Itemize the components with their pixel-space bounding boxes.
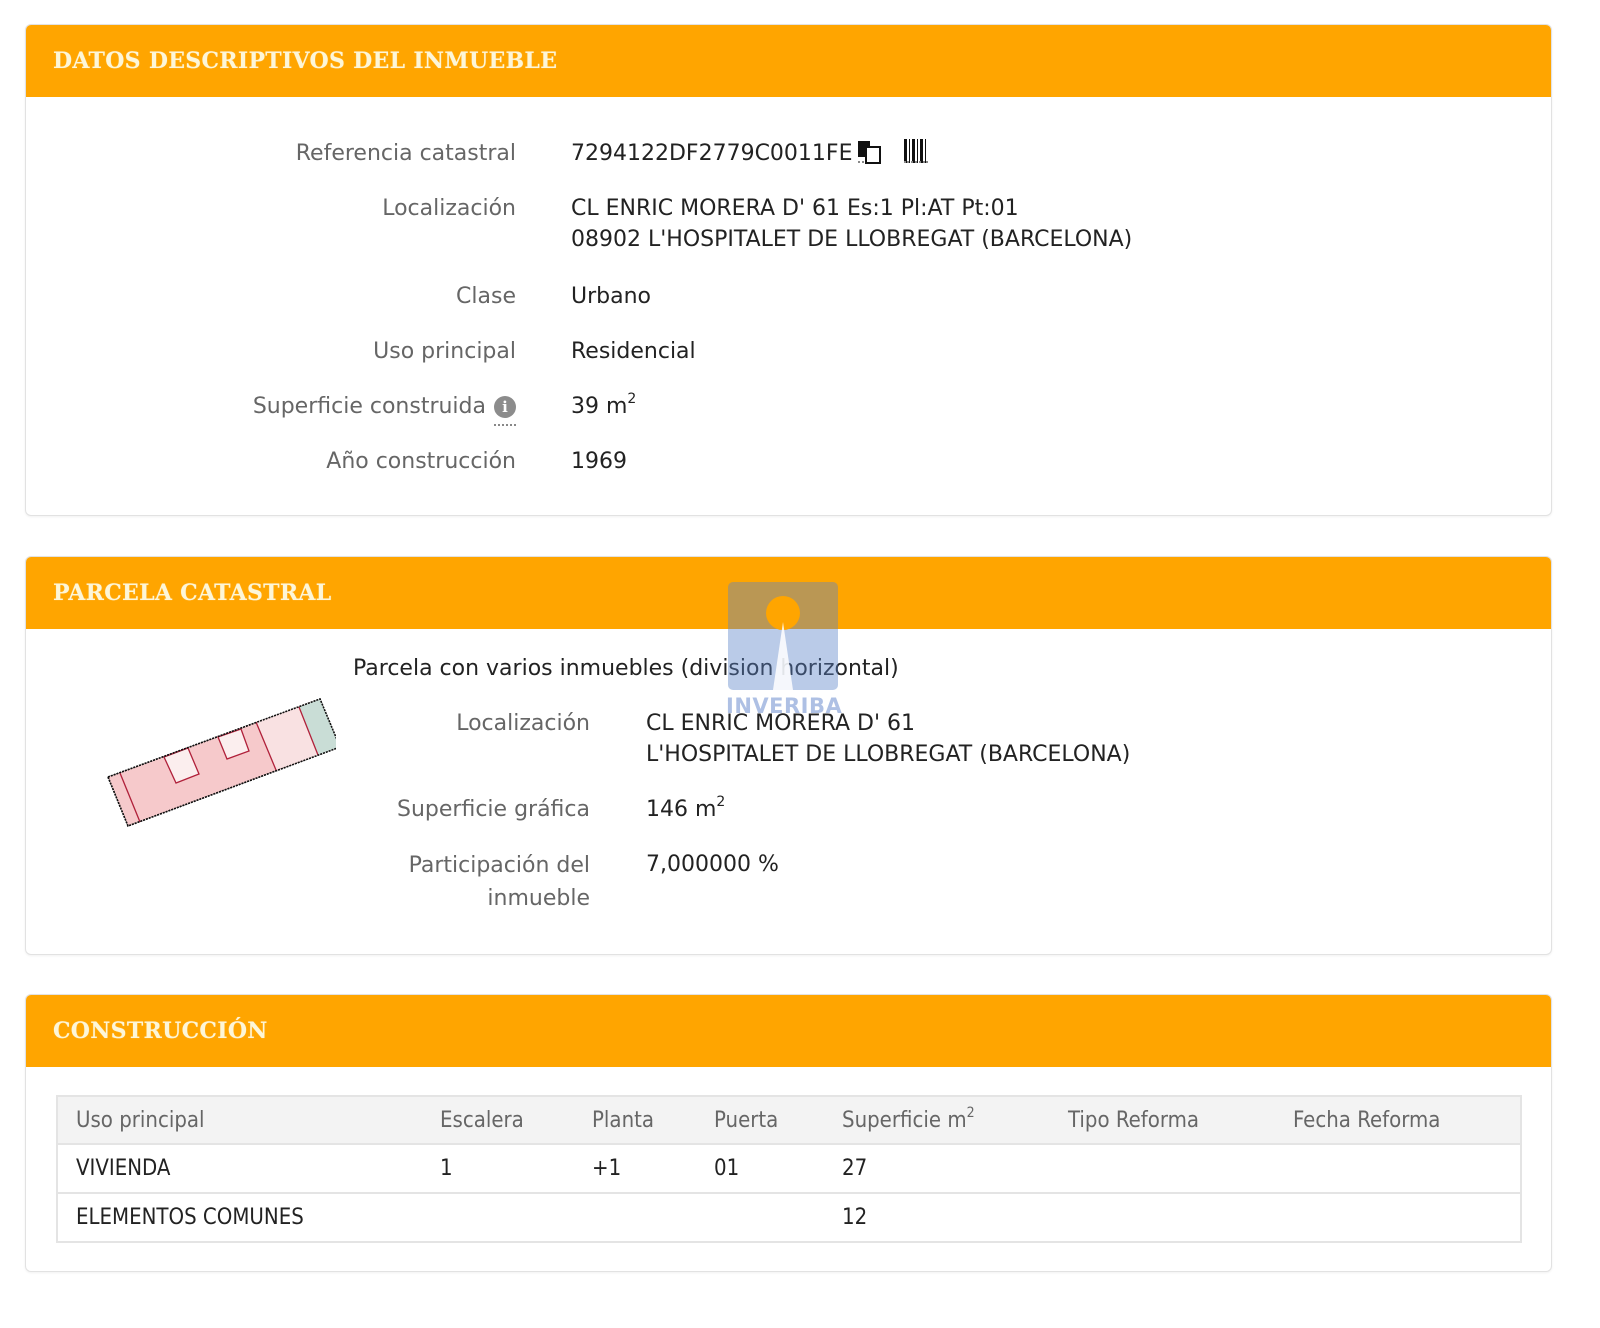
cell-tipo-reforma <box>1050 1193 1275 1242</box>
superficie-grafica-value: 146 m2 <box>646 794 725 825</box>
panel-header: CONSTRUCCIÓN <box>26 995 1551 1067</box>
cell-superficie: 12 <box>824 1193 1050 1242</box>
cell-tipo-reforma <box>1050 1144 1275 1193</box>
col-escalera: Escalera <box>422 1096 574 1144</box>
construccion-panel: CONSTRUCCIÓN Uso principal Escalera Plan… <box>25 994 1552 1272</box>
localizacion-value: CL ENRIC MORERA D' 61 Es:1 Pl:AT Pt:01 0… <box>571 193 1132 255</box>
cell-fecha-reforma <box>1275 1193 1521 1242</box>
barcode-icon[interactable] <box>904 139 928 163</box>
localizacion-line1: CL ENRIC MORERA D' 61 Es:1 Pl:AT Pt:01 <box>571 193 1132 224</box>
parcela-localizacion-value: CL ENRIC MORERA D' 61 L'HOSPITALET DE LL… <box>646 708 1130 770</box>
construccion-table: Uso principal Escalera Planta Puerta Sup… <box>56 1095 1522 1243</box>
cell-puerta: 01 <box>696 1144 824 1193</box>
cell-escalera <box>422 1193 574 1242</box>
col-fecha-reforma: Fecha Reforma <box>1275 1096 1521 1144</box>
cell-fecha-reforma <box>1275 1144 1521 1193</box>
col-tipo-reforma: Tipo Reforma <box>1050 1096 1275 1144</box>
panel-title: DATOS DESCRIPTIVOS DEL INMUEBLE <box>53 48 557 74</box>
table-header-row: Uso principal Escalera Planta Puerta Sup… <box>57 1096 1521 1144</box>
col-superficie-text: Superficie m <box>842 1108 967 1133</box>
col-uso-principal: Uso principal <box>57 1096 422 1144</box>
panel-title: CONSTRUCCIÓN <box>53 1018 268 1044</box>
localizacion-line2: 08902 L'HOSPITALET DE LLOBREGAT (BARCELO… <box>571 224 1132 255</box>
unit-superscript: 2 <box>716 794 725 810</box>
participacion-label-line1: Participación del <box>326 849 590 882</box>
parcela-localizacion-line1: CL ENRIC MORERA D' 61 <box>646 708 1130 739</box>
unit-superscript: 2 <box>967 1105 975 1121</box>
panel-header: PARCELA CATASTRAL <box>26 557 1551 629</box>
col-planta: Planta <box>574 1096 696 1144</box>
referencia-catastral: 7294122DF2779C0011FE <box>571 141 852 166</box>
superficie-grafica-label: Superficie gráfica <box>326 794 590 825</box>
anio-construccion-value: 1969 <box>571 446 627 477</box>
referencia-value: 7294122DF2779C0011FE <box>571 138 928 169</box>
cell-escalera: 1 <box>422 1144 574 1193</box>
participacion-value: 7,000000 % <box>646 849 779 880</box>
panel-title: PARCELA CATASTRAL <box>53 580 332 606</box>
participacion-label-line2: inmueble <box>326 882 590 915</box>
col-puerta: Puerta <box>696 1096 824 1144</box>
cell-uso: VIVIENDA <box>57 1144 422 1193</box>
copy-icon[interactable] <box>858 139 880 163</box>
datos-descriptivos-panel: DATOS DESCRIPTIVOS DEL INMUEBLE Referenc… <box>25 24 1552 516</box>
parcela-catastral-panel: PARCELA CATASTRAL Parcela con varios inm… <box>25 556 1552 955</box>
cell-planta: +1 <box>574 1144 696 1193</box>
cell-planta <box>574 1193 696 1242</box>
unit-superscript: 2 <box>627 391 636 407</box>
parcela-subtitle: Parcela con varios inmuebles (division h… <box>353 653 899 684</box>
superficie-construida-label: Superficie construidai <box>26 391 516 422</box>
col-superficie: Superficie m2 <box>824 1096 1050 1144</box>
uso-principal-label: Uso principal <box>26 336 516 367</box>
uso-principal-value: Residencial <box>571 336 696 367</box>
superficie-construida-text: Superficie construida <box>253 394 486 419</box>
superficie-grafica-number: 146 m <box>646 797 716 822</box>
referencia-label: Referencia catastral <box>26 138 516 169</box>
clase-label: Clase <box>26 281 516 312</box>
anio-construccion-label: Año construcción <box>26 446 516 477</box>
parcela-localizacion-label: Localización <box>326 708 590 739</box>
info-icon[interactable]: i <box>494 396 516 418</box>
participacion-label: Participación del inmueble <box>326 849 590 915</box>
superficie-construida-value: 39 m2 <box>571 391 636 422</box>
cell-superficie: 27 <box>824 1144 1050 1193</box>
parcel-map-image[interactable] <box>106 695 336 835</box>
parcela-localizacion-line2: L'HOSPITALET DE LLOBREGAT (BARCELONA) <box>646 739 1130 770</box>
localizacion-label: Localización <box>26 193 516 224</box>
clase-value: Urbano <box>571 281 651 312</box>
table-row: VIVIENDA 1 +1 01 27 <box>57 1144 1521 1193</box>
panel-header: DATOS DESCRIPTIVOS DEL INMUEBLE <box>26 25 1551 97</box>
table-row: ELEMENTOS COMUNES 12 <box>57 1193 1521 1242</box>
superficie-construida-number: 39 m <box>571 394 627 419</box>
cell-puerta <box>696 1193 824 1242</box>
cell-uso: ELEMENTOS COMUNES <box>57 1193 422 1242</box>
